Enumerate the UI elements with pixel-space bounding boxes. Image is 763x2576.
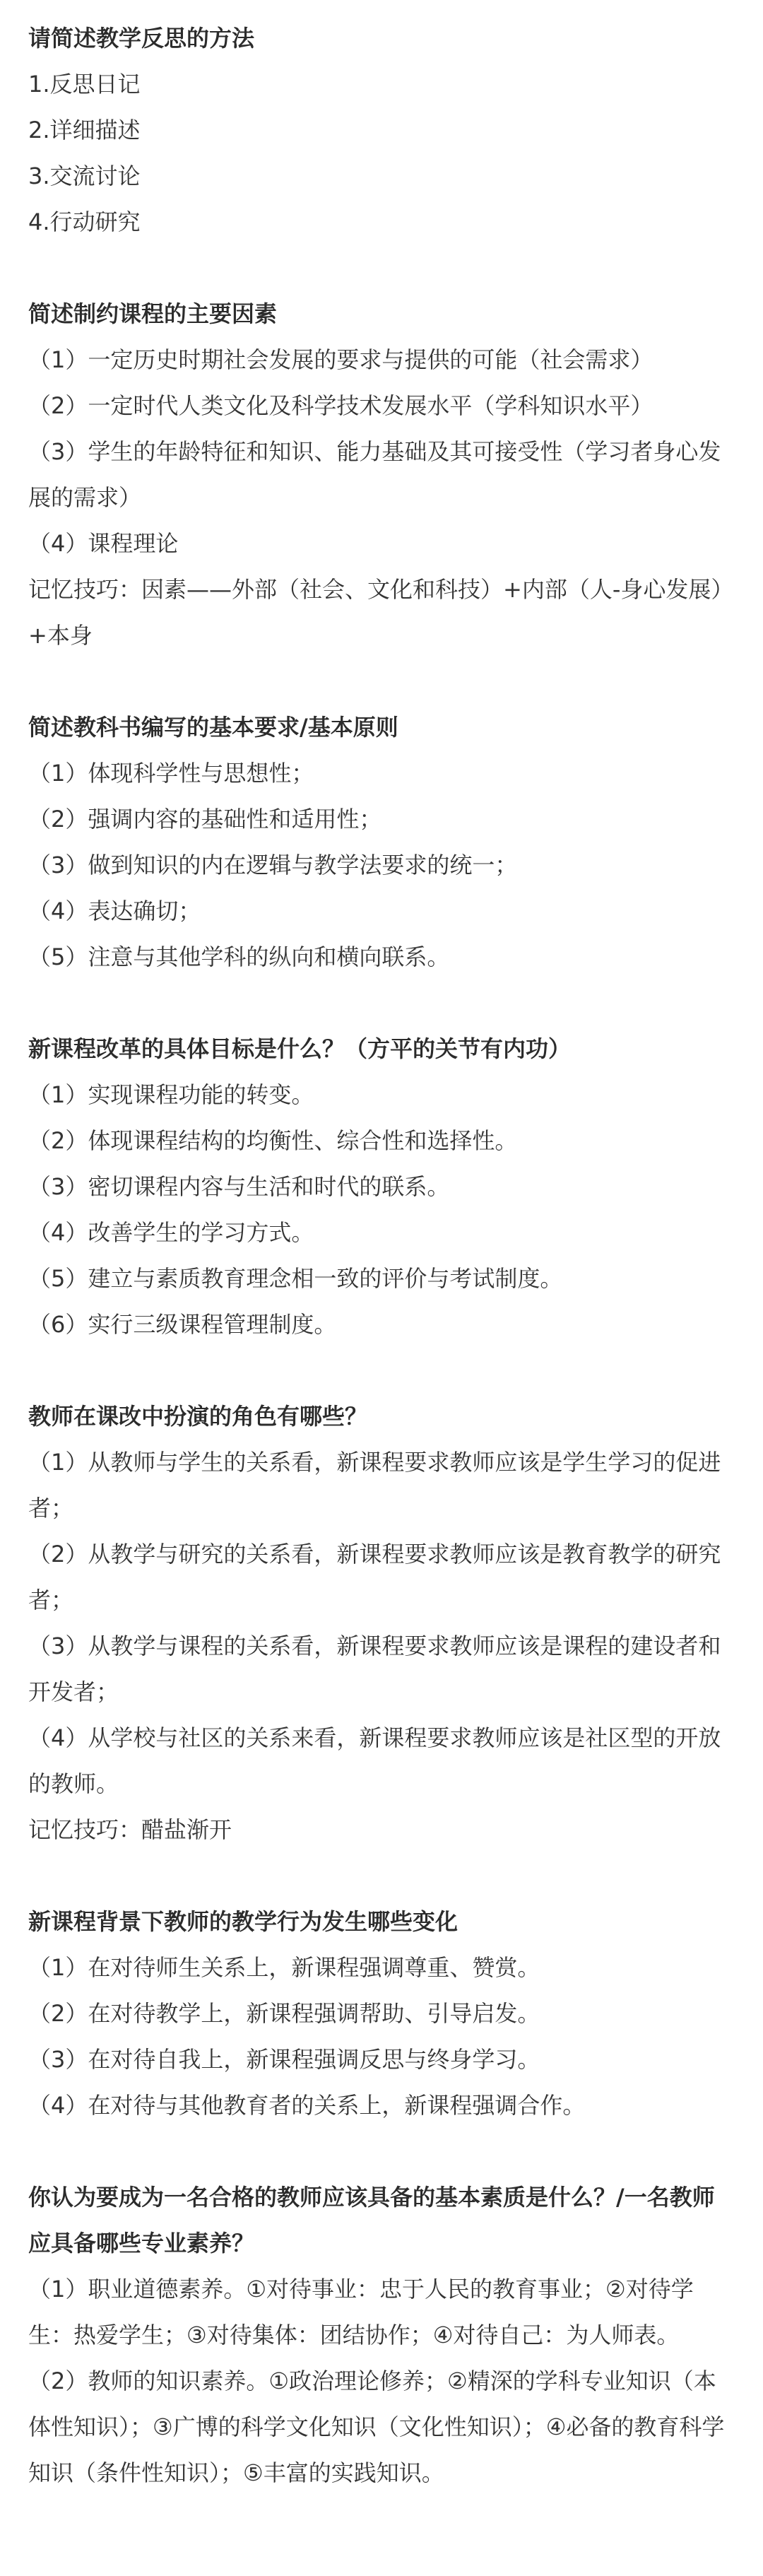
list-item: （4）在对待与其他教育者的关系上，新课程强调合作。 [28, 2083, 735, 2129]
list-item: （1）职业道德素养。①对待事业：忠于人民的教育事业；②对待学生：热爱学生；③对待… [28, 2266, 735, 2358]
section-heading: 请简述教学反思的方法 [28, 16, 735, 61]
section-heading: 教师在课改中扮演的角色有哪些？ [28, 1394, 735, 1440]
section-teaching-behavior-changes: 新课程背景下教师的教学行为发生哪些变化 （1）在对待师生关系上，新课程强调尊重、… [28, 1899, 735, 2129]
list-item: （3）学生的年龄特征和知识、能力基础及其可接受性（学习者身心发展的需求） [28, 429, 735, 521]
section-teacher-roles: 教师在课改中扮演的角色有哪些？ （1）从教师与学生的关系看，新课程要求教师应该是… [28, 1394, 735, 1853]
list-item: （4）表达确切； [28, 888, 735, 934]
section-teacher-qualities: 你认为要成为一名合格的教师应该具备的基本素质是什么？/一名教师应具备哪些专业素养… [28, 2175, 735, 2496]
section-curriculum-factors: 简述制约课程的主要因素 （1）一定历史时期社会发展的要求与提供的可能（社会需求）… [28, 291, 735, 659]
list-item: （1）一定历史时期社会发展的要求与提供的可能（社会需求） [28, 337, 735, 383]
list-item: （2）在对待教学上，新课程强调帮助、引导启发。 [28, 1991, 735, 2037]
list-item: （4）课程理论 [28, 521, 735, 567]
list-item: （4）从学校与社区的关系来看，新课程要求教师应该是社区型的开放的教师。 [28, 1715, 735, 1807]
list-item: （5）注意与其他学科的纵向和横向联系。 [28, 934, 735, 980]
list-item: （3）密切课程内容与生活和时代的联系。 [28, 1164, 735, 1210]
list-item: （2）体现课程结构的均衡性、综合性和选择性。 [28, 1118, 735, 1164]
list-item: （2）从教学与研究的关系看，新课程要求教师应该是教育教学的研究者； [28, 1531, 735, 1623]
list-item: （1）在对待师生关系上，新课程强调尊重、赞赏。 [28, 1945, 735, 1991]
list-item: （1）实现课程功能的转变。 [28, 1072, 735, 1118]
list-item: 1.反思日记 [28, 61, 735, 107]
list-item: （2）强调内容的基础性和适用性； [28, 796, 735, 842]
list-item: （1）从教师与学生的关系看，新课程要求教师应该是学生学习的促进者； [28, 1440, 735, 1531]
list-item: （5）建立与素质教育理念相一致的评价与考试制度。 [28, 1256, 735, 1302]
list-item: （3）从教学与课程的关系看，新课程要求教师应该是课程的建设者和开发者； [28, 1623, 735, 1715]
list-item: 2.详细描述 [28, 107, 735, 153]
document: 请简述教学反思的方法 1.反思日记 2.详细描述 3.交流讨论 4.行动研究 简… [0, 0, 763, 2510]
section-heading: 简述教科书编写的基本要求/基本原则 [28, 705, 735, 751]
list-item: （3）在对待自我上，新课程强调反思与终身学习。 [28, 2037, 735, 2083]
list-item: （4）改善学生的学习方式。 [28, 1210, 735, 1256]
memory-tip: 记忆技巧：醋盐渐开 [28, 1807, 735, 1853]
section-heading: 新课程背景下教师的教学行为发生哪些变化 [28, 1899, 735, 1945]
list-item: 3.交流讨论 [28, 153, 735, 199]
list-item: 4.行动研究 [28, 199, 735, 245]
section-heading: 简述制约课程的主要因素 [28, 291, 735, 337]
section-reform-goals: 新课程改革的具体目标是什么？（方平的关节有内功） （1）实现课程功能的转变。 （… [28, 1026, 735, 1348]
section-heading: 你认为要成为一名合格的教师应该具备的基本素质是什么？/一名教师应具备哪些专业素养… [28, 2175, 735, 2266]
section-textbook-principles: 简述教科书编写的基本要求/基本原则 （1）体现科学性与思想性； （2）强调内容的… [28, 705, 735, 980]
memory-tip: 记忆技巧：因素——外部（社会、文化和科技）+内部（人-身心发展）+本身 [28, 567, 735, 659]
section-reflection-methods: 请简述教学反思的方法 1.反思日记 2.详细描述 3.交流讨论 4.行动研究 [28, 16, 735, 245]
list-item: （1）体现科学性与思想性； [28, 751, 735, 796]
list-item: （2）一定时代人类文化及科学技术发展水平（学科知识水平） [28, 383, 735, 429]
list-item: （3）做到知识的内在逻辑与教学法要求的统一； [28, 842, 735, 888]
list-item: （6）实行三级课程管理制度。 [28, 1302, 735, 1348]
section-heading: 新课程改革的具体目标是什么？（方平的关节有内功） [28, 1026, 735, 1072]
list-item: （2）教师的知识素养。①政治理论修养；②精深的学科专业知识（本体性知识）；③广博… [28, 2358, 735, 2496]
